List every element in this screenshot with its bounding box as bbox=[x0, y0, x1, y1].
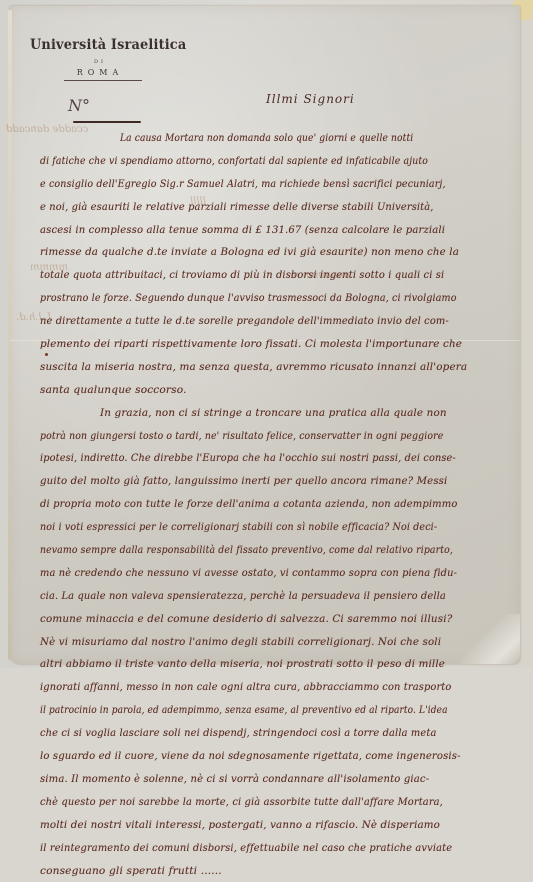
letterhead: Università Israelitica DI ROMA bbox=[30, 34, 170, 77]
protocol-number-label: N° bbox=[68, 96, 90, 115]
body-line: e consiglio dell'Egregio Sig.r Samuel Al… bbox=[40, 173, 510, 196]
body-line: prostrano le forze. Seguendo dunque l'av… bbox=[40, 287, 510, 310]
salutation: Illmi Signori bbox=[266, 92, 355, 106]
body-line: guito del molto già fatto, languissimo i… bbox=[40, 470, 510, 493]
body-line: suscita la miseria nostra, ma senza ques… bbox=[40, 356, 510, 379]
letter-body: La causa Mortara non domanda solo que' g… bbox=[40, 127, 510, 668]
letterhead-rule bbox=[64, 80, 142, 81]
body-line: comune minaccia e del comune desiderio d… bbox=[40, 608, 510, 631]
page-corner-curl bbox=[460, 614, 520, 664]
body-line: cia. La quale non valeva spensieratezza,… bbox=[40, 585, 510, 608]
body-line: di fatiche che vi spendiamo attorno, con… bbox=[40, 150, 510, 173]
body-line: noi i voti espressici per le correligion… bbox=[40, 516, 510, 539]
body-line: ma nè credendo che nessuno vi avesse ost… bbox=[40, 562, 510, 585]
body-line: totale quota attribuitaci, ci troviamo d… bbox=[40, 264, 510, 287]
protocol-number-underline bbox=[73, 121, 141, 123]
body-line: rimesse da qualche d.te inviate a Bologn… bbox=[40, 241, 510, 264]
body-line: santa qualunque soccorso. bbox=[40, 379, 510, 402]
body-line: potrà non giungersi tosto o tardi, ne' r… bbox=[40, 425, 510, 448]
body-line: ne direttamente a tutte le d.te sorelle … bbox=[40, 310, 510, 333]
body-line: nevamo sempre dalla responsabilità del f… bbox=[40, 539, 510, 562]
body-line: La causa Mortara non domanda solo que' g… bbox=[40, 127, 510, 150]
body-line: Nè vi misuriamo dal nostro l'animo degli… bbox=[40, 631, 510, 654]
body-line: ipotesi, indiretto. Che direbbe l'Europa… bbox=[40, 447, 510, 470]
institution-name: Università Israelitica bbox=[30, 37, 186, 53]
body-line: di propria moto con tutte le forze dell'… bbox=[40, 493, 510, 516]
body-line: In grazia, non ci si stringe a troncare … bbox=[40, 402, 510, 425]
institution-city: ROMA bbox=[30, 68, 170, 77]
body-line: ascesi in complesso alla tenue somma di … bbox=[40, 219, 510, 242]
institution-di: DI bbox=[30, 59, 170, 65]
letter-sheet: ccadde dancadd mmmm mmmmm m L.l.h.d. lll… bbox=[10, 6, 520, 664]
body-line: plemento dei riparti rispettivamente lor… bbox=[40, 333, 510, 356]
body-line: e noi, già esauriti le relative parziali… bbox=[40, 196, 510, 219]
body-line: altri abbiamo il triste vanto della mise… bbox=[40, 653, 510, 668]
